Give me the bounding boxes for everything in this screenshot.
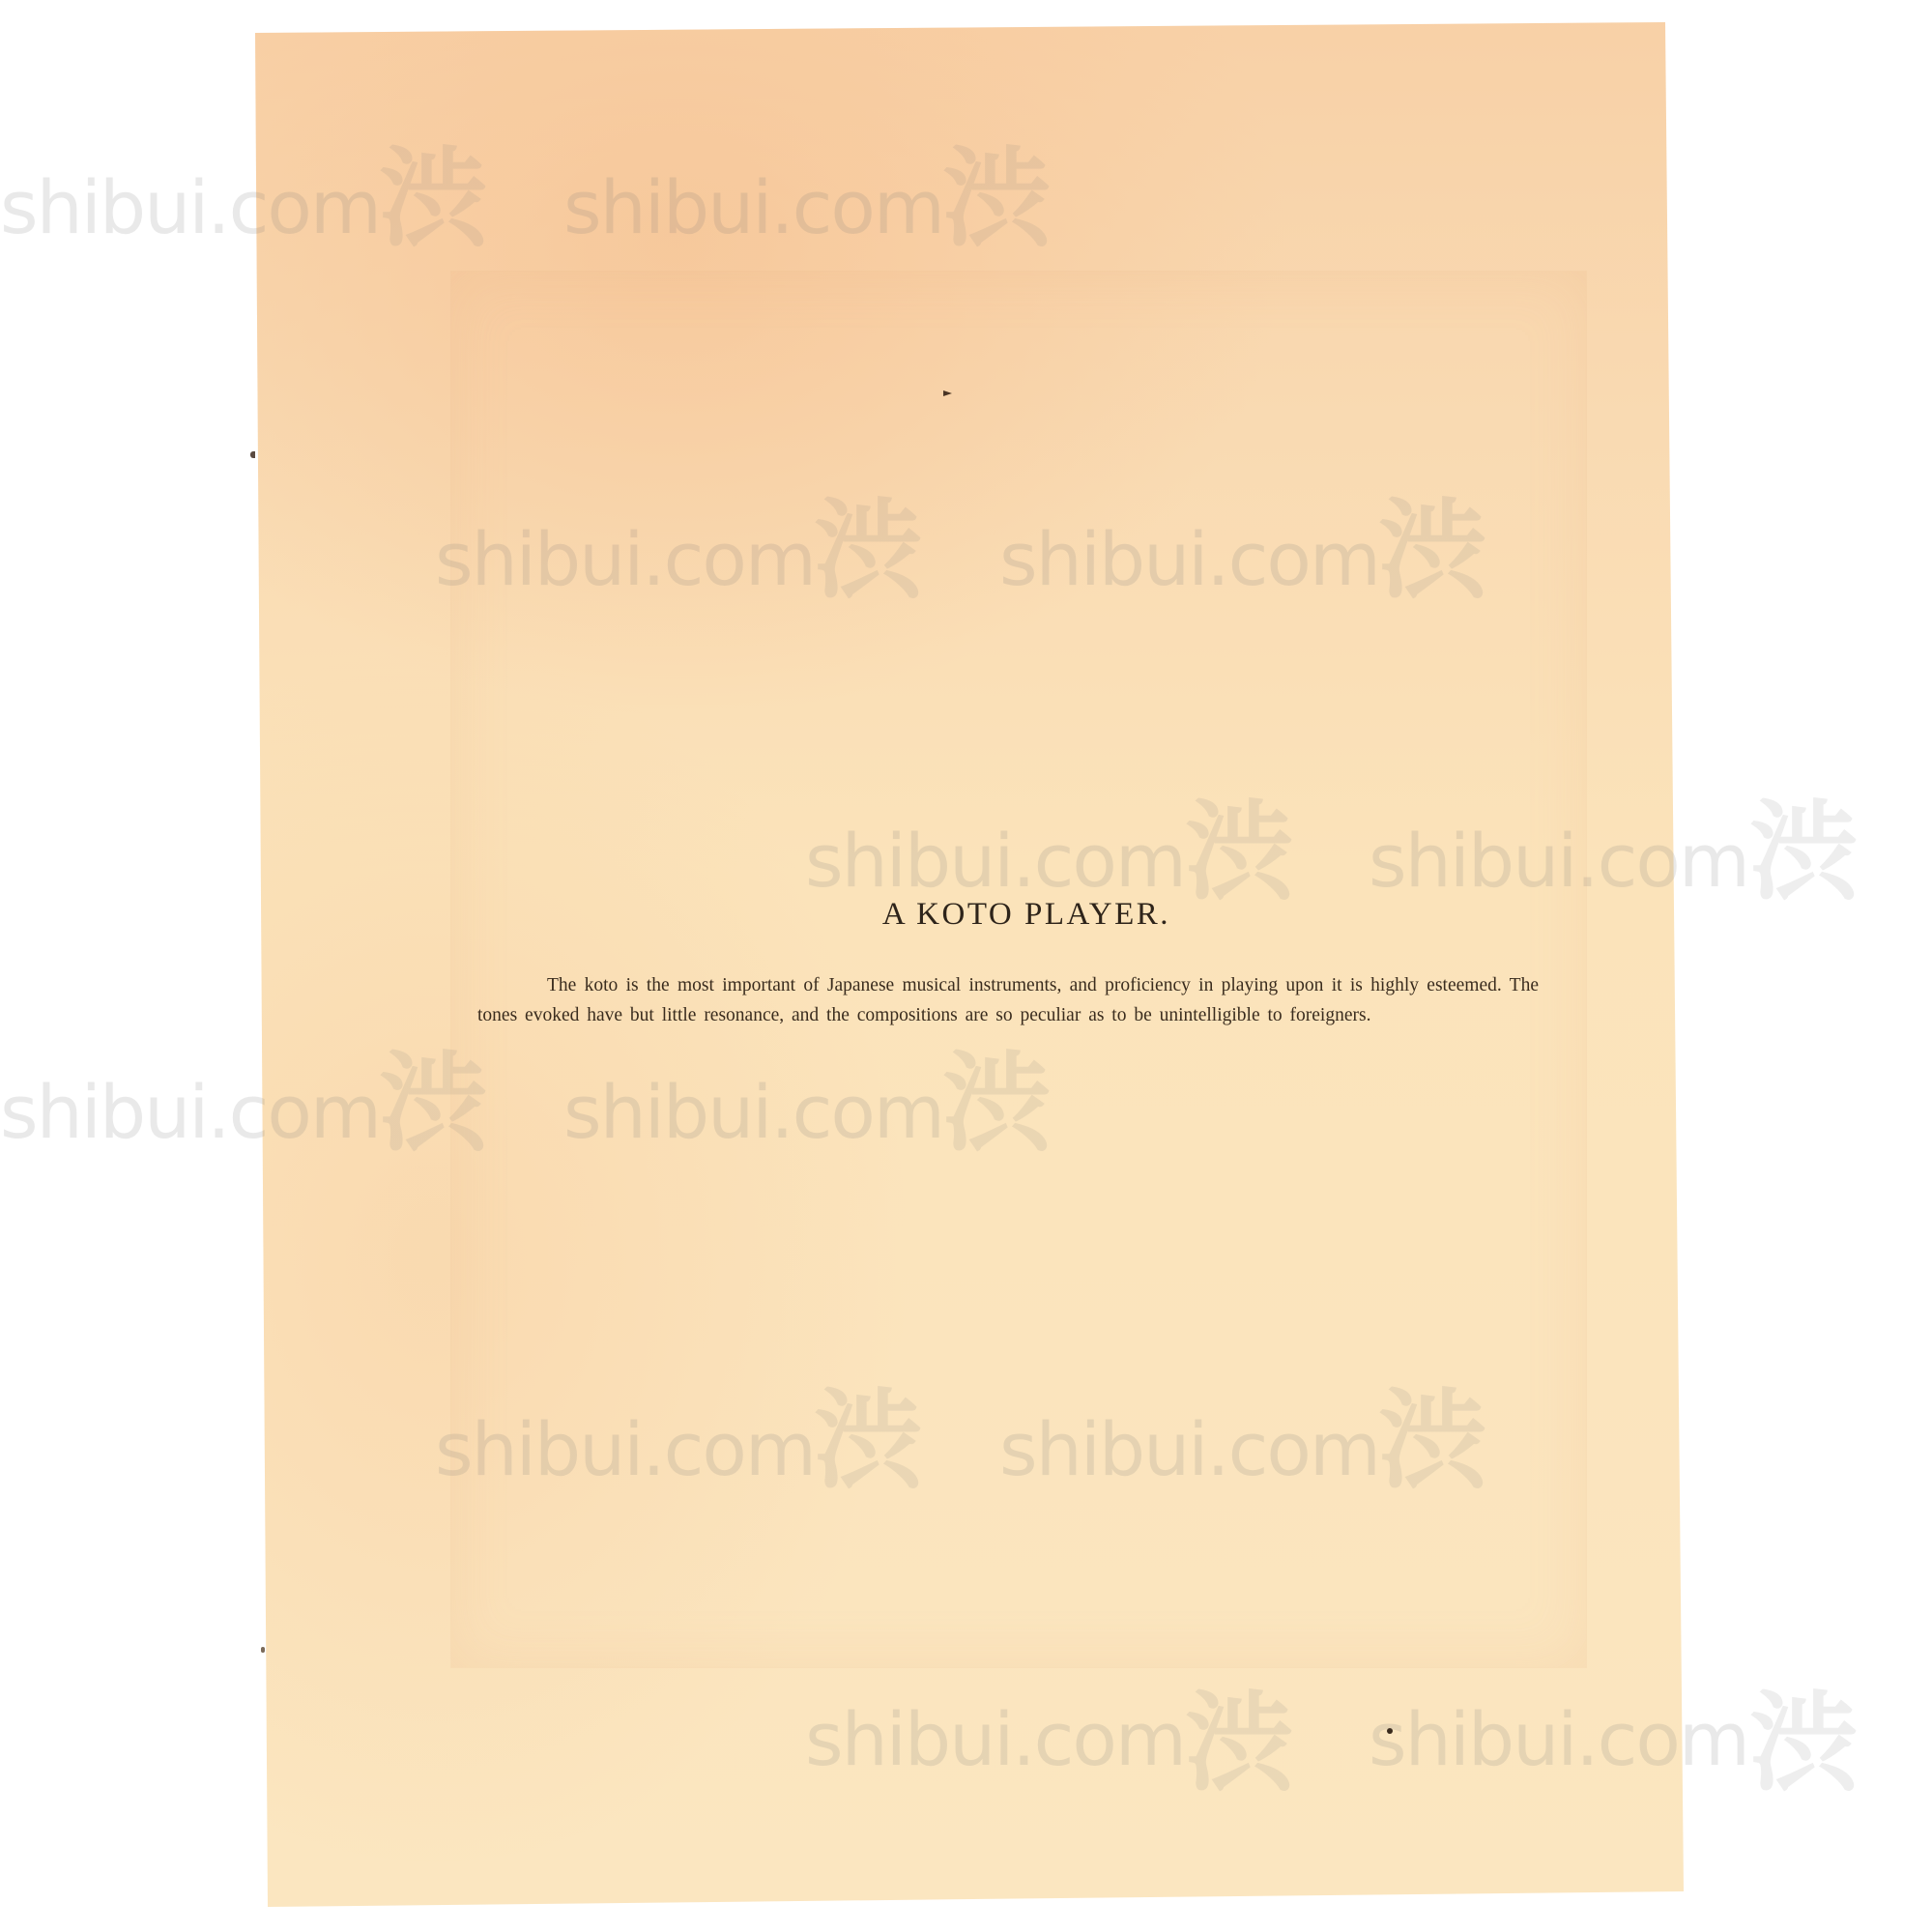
edge-mark [261,1647,265,1653]
watermark-glyph: 渋 [1749,798,1858,907]
watermark-glyph: 渋 [379,145,487,253]
watermark-text: shibui.com [999,1413,1379,1486]
watermark-text: shibui.com [563,1076,943,1149]
watermark-glyph: 渋 [1378,497,1486,605]
watermark-text: shibui.com [435,1413,815,1486]
watermark-glyph: 渋 [379,1050,487,1158]
watermark-text: shibui.com [0,171,380,245]
watermark-text: shibui.com [563,171,943,245]
watermark-glyph: 渋 [942,1050,1051,1158]
watermark-glyph: 渋 [1185,1689,1293,1798]
watermark-text: shibui.com [1369,824,1748,898]
description-paragraph: The koto is the most important of Japane… [477,970,1539,1030]
watermark-text: shibui.com [805,824,1185,898]
watermark-text: shibui.com [0,1076,380,1149]
watermark-glyph: 渋 [1378,1387,1486,1495]
watermark-glyph: 渋 [942,145,1051,253]
watermark-text: shibui.com [435,523,815,596]
paper-page [0,0,1932,1932]
watermark-glyph: 渋 [1185,798,1293,907]
ink-speck [943,390,952,396]
watermark-glyph: 渋 [814,497,922,605]
description-block: The koto is the most important of Japane… [477,970,1539,1030]
watermark-glyph: 渋 [814,1387,922,1495]
page-title: A KOTO PLAYER. [0,897,1932,933]
watermark-text: shibui.com [999,523,1379,596]
edge-mark [250,451,255,458]
watermark-text: shibui.com [805,1703,1185,1776]
watermark-glyph: 渋 [1749,1689,1858,1798]
watermark-text: shibui.com [1369,1703,1748,1776]
